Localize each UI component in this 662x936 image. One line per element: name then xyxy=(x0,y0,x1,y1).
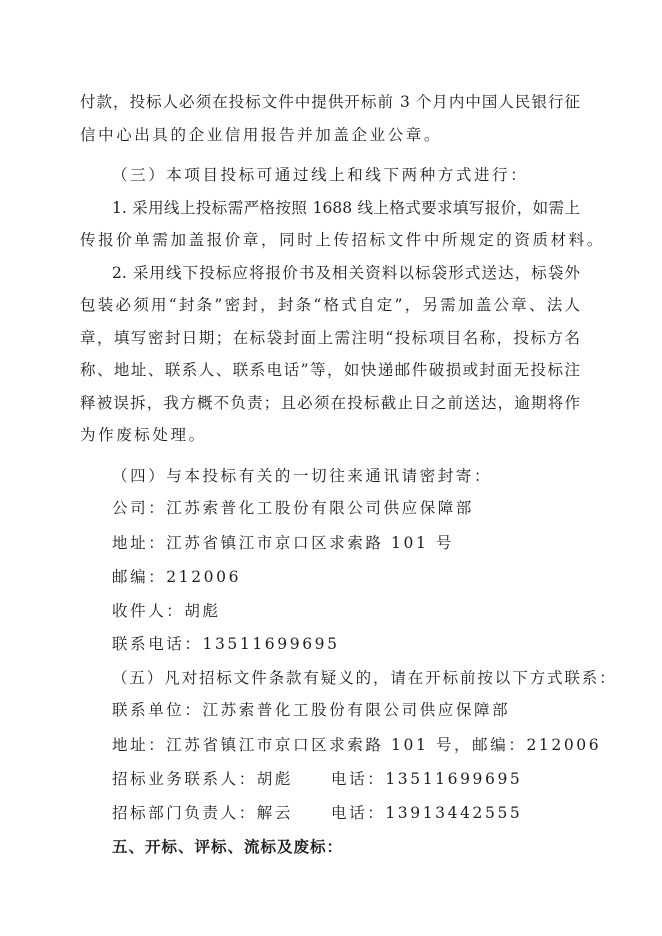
dept-head-tel: 电话：13913442555 xyxy=(331,804,522,822)
company-line: 公司：江苏索普化工股份有限公司供应保障部 xyxy=(80,492,580,525)
dept-head-line: 招标部门负责人：解云电话：13913442555 xyxy=(80,797,580,830)
business-contact-line: 招标业务联系人：胡彪电话：13511699695 xyxy=(80,763,580,796)
subsection-heading-4: （四）与本投标有关的一切往来通讯请密封寄： xyxy=(80,460,580,493)
paragraph-line: 付款，投标人必须在投标文件中提供开标前 3 个月内中国人民银行征 xyxy=(80,86,580,119)
paragraph-line: 2. 采用线下投标应将报价书及相关资料以标袋形式送达，标袋外 xyxy=(80,257,580,290)
paragraph-line: 称、地址、联系人、联系电话”等，如快递邮件破损或封面无投标注 xyxy=(80,354,580,387)
paragraph-line: 释被误拆，我方概不负责；且必须在投标截止日之前送达，逾期将作 xyxy=(80,387,580,420)
phone-line: 联系电话：13511699695 xyxy=(80,628,580,661)
paragraph-line: 章，填写密封日期；在标袋封面上需注明“投标项目名称，投标方名 xyxy=(80,322,580,355)
business-contact-label: 招标业务联系人：胡彪 xyxy=(112,770,293,788)
dept-head-label: 招标部门负责人：解云 xyxy=(112,804,293,822)
paragraph-line: 信中心出具的企业信用报告并加盖企业公章。 xyxy=(80,119,580,152)
paragraph-line: 1. 采用线上投标需严格按照 1688 线上格式要求填写报价，如需上 xyxy=(80,192,580,225)
contact-unit-line: 联系单位：江苏索普化工股份有限公司供应保障部 xyxy=(80,694,580,727)
subsection-heading-3: （三）本项目投标可通过线上和线下两种方式进行： xyxy=(80,159,580,192)
postcode-line: 邮编：212006 xyxy=(80,561,580,594)
section-heading: 五、开标、评标、流标及废标： xyxy=(80,831,580,864)
subsection-heading-5: （五）凡对招标文件条款有疑义的，请在开标前按以下方式联系： xyxy=(80,662,580,695)
paragraph-line: 包装必须用“封条”密封，封条“格式自定”，另需加盖公章、法人 xyxy=(80,289,580,322)
business-contact-tel: 电话：13511699695 xyxy=(331,770,522,788)
contact-address-line: 地址：江苏省镇江市京口区求索路 101 号，邮编：212006 xyxy=(80,729,580,762)
recipient-line: 收件人：胡彪 xyxy=(80,595,580,628)
address-line: 地址：江苏省镇江市京口区求索路 101 号 xyxy=(80,527,580,560)
paragraph-line: 传报价单需加盖报价章，同时上传招标文件中所规定的资质材料。 xyxy=(80,224,580,257)
paragraph-line: 为作废标处理。 xyxy=(80,419,580,452)
document-page: 付款，投标人必须在投标文件中提供开标前 3 个月内中国人民银行征 信中心出具的企… xyxy=(80,86,580,864)
